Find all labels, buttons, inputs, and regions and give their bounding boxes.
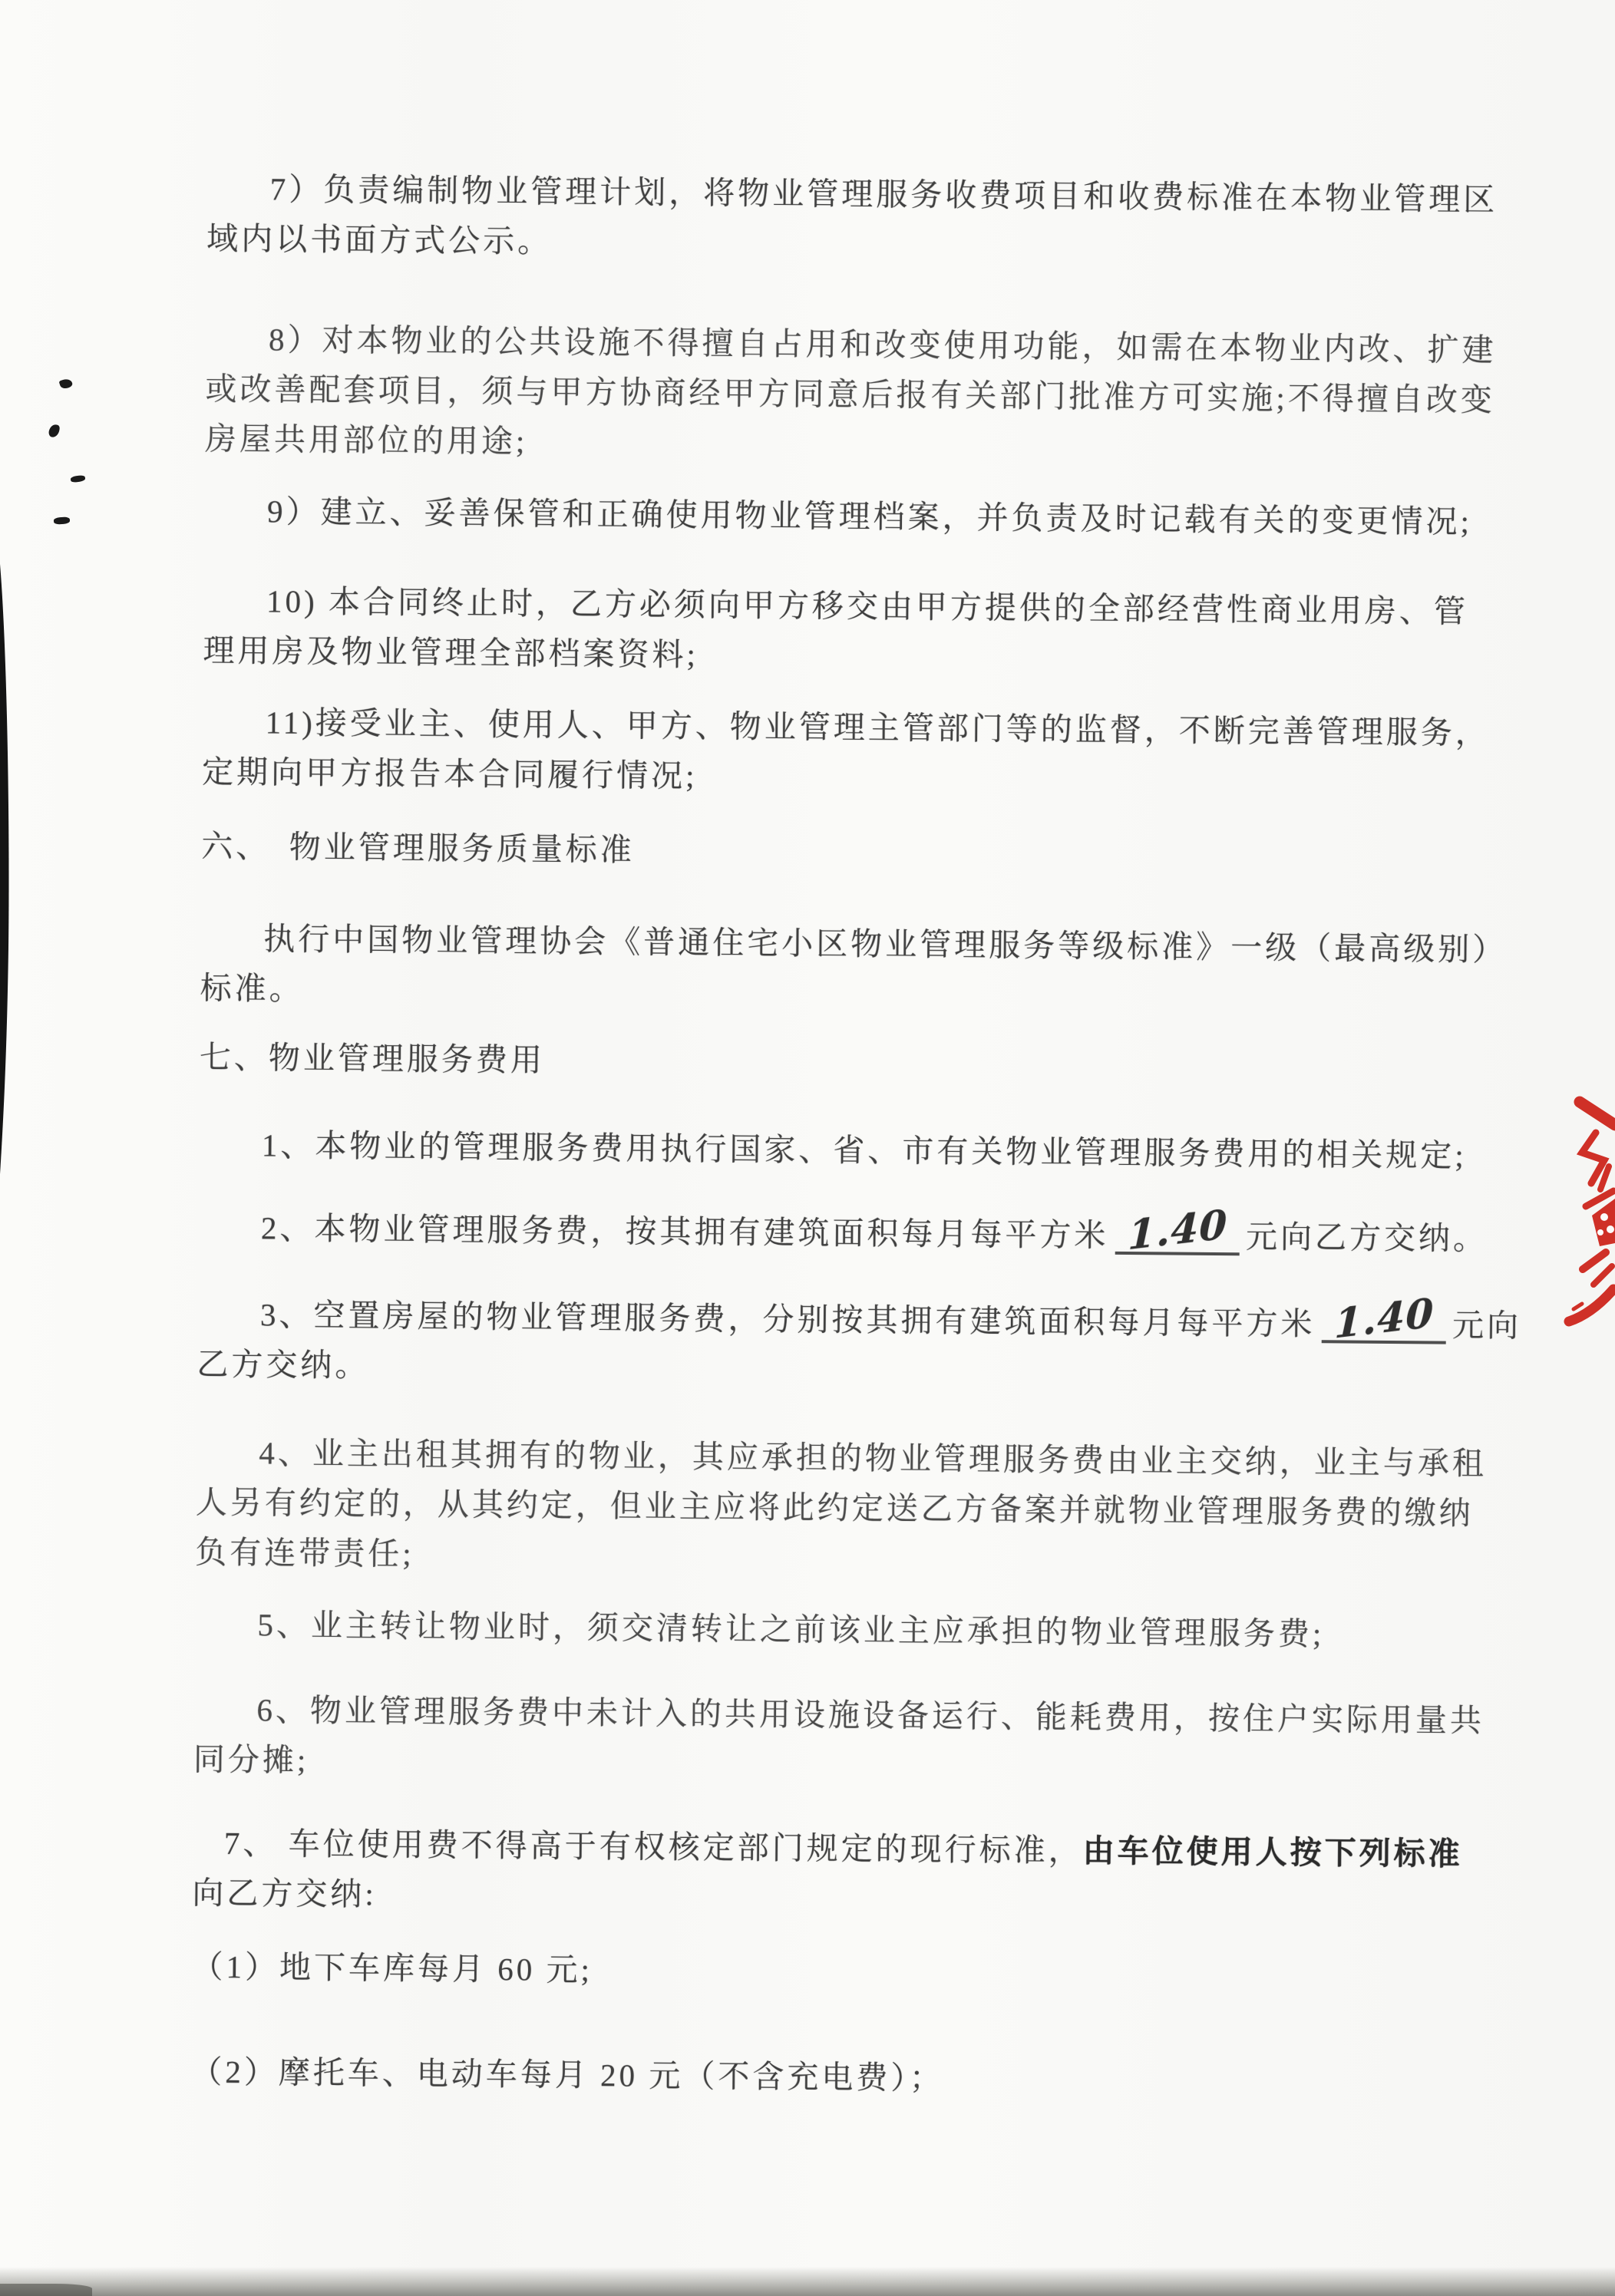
- fee-clause-3: 3、空置房屋的物业管理服务费，分别按其拥有建筑面积每月每平方米1.40元向 乙方…: [197, 1289, 1525, 1400]
- fee-clause-2-suffix: 元向乙方交纳。: [1246, 1219, 1488, 1256]
- clause-8-item: 8）对本物业的公共设施不得擅自占用和改变使用功能，如需在本物业内改、扩建 或改善…: [205, 314, 1534, 475]
- fee-clause-7-bold-segment: 由车位使用人按下列标准: [1082, 1833, 1462, 1872]
- section-6-body: 执行中国物业管理协会《普通住宅小区物业管理服务等级标准》一级（最高级别） 标准。: [200, 913, 1528, 1024]
- ink-speck: [54, 516, 71, 524]
- clause-10-item: 10) 本合同终止时，乙方必须向甲方移交由甲方提供的全部经营性商业用房、管 理用…: [203, 576, 1531, 687]
- parking-fee-item-1: （1）地下车库每月 60 元;: [191, 1941, 1520, 2003]
- ink-speck: [71, 475, 86, 483]
- handwritten-fee-rate: 1.40: [1333, 1296, 1434, 1341]
- fee-rate-underline: 1.40: [1321, 1305, 1446, 1344]
- fee-clause-6: 6、物业管理服务费中未计入的共用设施设备运行、能耗费用，按住户实际用量共 同分摊…: [193, 1684, 1522, 1796]
- parking-fee-item-2: （2）摩托车、电动车每月 20 元（不含充电费）；: [190, 2047, 1519, 2108]
- fee-clause-1: 1、本物业的管理服务费用执行国家、省、市有关物业管理服务费用的相关规定;: [199, 1120, 1527, 1181]
- bottom-left-scan-smudge: [0, 2284, 92, 2296]
- clause-7-item: 7）负责编制物业管理计划，将物业管理服务收费项目和收费标准在本物业管理区 域内以…: [206, 163, 1535, 275]
- fee-clause-7-lead: 7、 车位使用费不得高于有权核定部门规定的现行标准，: [224, 1826, 1083, 1869]
- ink-speck: [48, 424, 60, 438]
- fee-rate-underline: 1.40: [1115, 1216, 1240, 1256]
- fee-clause-5: 5、业主转让物业时，须交清转让之前该业主应承担的物业管理服务费;: [194, 1599, 1523, 1661]
- left-edge-scan-blot: [0, 564, 12, 1182]
- fee-clause-2: 2、本物业管理服务费，按其拥有建筑面积每月每平方米1.40元向乙方交纳。: [198, 1202, 1527, 1264]
- ink-speck: [59, 378, 74, 390]
- section-6-heading: 六、 物业管理服务质量标准: [201, 821, 1530, 882]
- clause-9-item: 9）建立、妥善保管和正确使用物业管理档案，并负责及时记载有关的变更情况;: [204, 486, 1533, 547]
- bottom-scan-shadow-band: [0, 2267, 1615, 2296]
- fee-clause-3-prefix: 3、空置房屋的物业管理服务费，分别按其拥有建筑面积每月每平方米: [260, 1297, 1316, 1341]
- section-7-heading: 七、物业管理服务费用: [200, 1032, 1528, 1094]
- scanned-contract-page: { "page": { "background": "#fbfbf9", "te…: [0, 0, 1615, 2296]
- fee-clause-4: 4、业主出租其拥有的物业，其应承担的物业管理服务费由业主交纳，业主与承租 人另有…: [195, 1427, 1524, 1588]
- contract-text-block: 7）负责编制物业管理计划，将物业管理服务收费项目和收费标准在本物业管理区 域内以…: [190, 0, 1537, 2108]
- fee-clause-2-prefix: 2、本物业管理服务费，按其拥有建筑面积每月每平方米: [261, 1210, 1109, 1253]
- handwritten-fee-rate: 1.40: [1127, 1208, 1227, 1253]
- red-seal-stamp-fragment: [1560, 1091, 1615, 1348]
- fee-clause-7: 7、 车位使用费不得高于有权核定部门规定的现行标准，由车位使用人按下列标准 向乙…: [192, 1818, 1521, 1929]
- clause-11-item: 11)接受业主、使用人、甲方、物业管理主管部门等的监督，不断完善管理服务， 定期…: [202, 697, 1531, 808]
